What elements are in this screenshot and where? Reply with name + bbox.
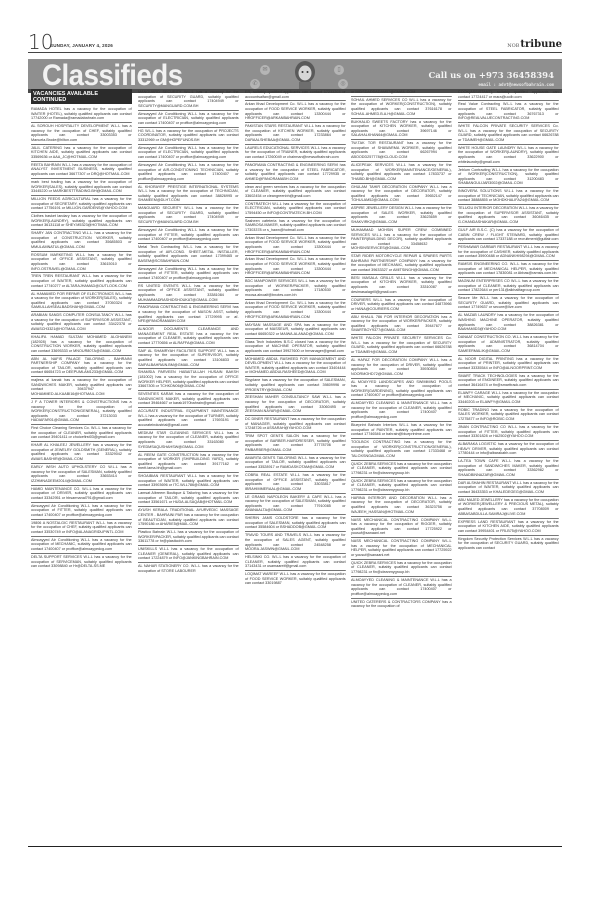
classified-ad: DANAAT CONSTRUCTION CO. W.L.L has a vaca… xyxy=(458,334,559,356)
classified-ad: HARINA INTERIOR AND DECORATION W.L.L has… xyxy=(351,495,452,517)
classified-ad: SHERIN JAMS COLDSTORE has a vacancy for … xyxy=(245,515,346,532)
classified-ad: Jeblum Contracting W.L.L has a vacancy f… xyxy=(458,167,559,189)
classified-ad: Lamsat Albreem Boutique & Tailoring has … xyxy=(138,490,239,507)
classified-ad: Metal Tech Contracting W.L.L has a vacan… xyxy=(138,244,239,266)
ad-list: RAMADA HOTEL has a vacancy for the occup… xyxy=(31,106,132,570)
classified-ad: SOHAIL AHMED SERVICES CO W.L.L has a vac… xyxy=(351,97,452,119)
classified-ad: ALNOOR DOCUMENTS CLEARANCE AND MANAGEMEN… xyxy=(138,326,239,348)
classified-ad: LE GRAND NAPOLEON BAKERY & CAFE W.L.L ha… xyxy=(245,494,346,516)
ad-list: ER, suitably qualified applicants can co… xyxy=(245,89,346,587)
classified-ad: RS UNITED EVENTS W.L.L has a vacancy for… xyxy=(138,283,239,305)
classified-ad: Arkan Ithad Development Co. W.L.L has a … xyxy=(245,235,346,257)
tribune-logo: NOBtribune xyxy=(507,39,562,50)
classified-ad: AL NOOR DIGITAL PRINTING has a vacancy f… xyxy=(458,356,559,373)
advert-email[interactable]: email : advt@newsofbahrain.com xyxy=(478,82,554,87)
classified-ad: EXPRESS LAND RESTAURANT has a vacancy fo… xyxy=(458,519,559,536)
classified-ad: WHITE FALCON PRIVATE SECURITY SERVICES C… xyxy=(458,123,559,145)
classified-ad: HELSINKI CO. W.L.L has a vacancy for the… xyxy=(245,554,346,571)
classified-ad: WHITE HOUSE GATE LAUNDRY W.L.L has a vac… xyxy=(458,145,559,167)
classified-ad: clean and green services has a vacancy f… xyxy=(245,184,346,201)
classified-ad: KHAIR AL KHALEEJ JEWELLERY has a vacancy… xyxy=(31,442,132,464)
classified-ad: BESI MASALA GRILLS W.L.L has a vacancy f… xyxy=(351,275,452,297)
classified-ad: TW.TAK TOR RESTAURANT has a vacancy for … xyxy=(351,140,452,162)
classified-ad: TRAVID TOURS AND TRAVELS W.L.L has a vac… xyxy=(245,532,346,554)
column-1: VACANCIES AVAILABLE CONTINUED RAMADA HOT… xyxy=(28,89,135,847)
column-5: COOK(ASSISTANT), suitably qualified appl… xyxy=(455,89,562,847)
classified-ad: GULF AIR B.S.C. (C) has a vacancy for th… xyxy=(458,227,559,244)
classified-ad: PANORAMA CONTRACTING & ENGINEERING SERVI… xyxy=(138,304,239,326)
classified-ad: Kingdom Security Protection Services W.L… xyxy=(458,536,559,552)
classified-ad: ASPIRE JEWELLERY DESIGN W.L.L has a vaca… xyxy=(351,205,452,227)
classified-ad: Arkan Ithad Development Co. W.L.L has a … xyxy=(245,256,346,278)
classified-ad: ALMOAYYED CLEANING & MAINTENANCE W.L.L h… xyxy=(351,577,452,599)
classified-ad: MUHAMMAD MOHSIN SUPER CREW COMBINED SERV… xyxy=(351,227,452,253)
classified-ad: JINAN CONTRACTING CO W.L.L has a vacancy… xyxy=(458,424,559,441)
classified-ad: AL MAZAB LAUNDRY has a vacancy for the o… xyxy=(458,312,559,334)
classified-ad: DC DINER RESTAURANT has a vacancy for th… xyxy=(245,416,346,433)
classified-ad: COBRA REAL ESTATE W.L.L has a vacancy fo… xyxy=(245,472,346,494)
classified-ad: J F A TOWER INTERIORS & CONSTRUCTIONS ha… xyxy=(31,399,132,425)
classified-ad: CONTRATECH W.L.L has a vacancy for the o… xyxy=(245,201,346,218)
mobile-icon: ▯ xyxy=(334,65,344,75)
column-3: ER, suitably qualified applicants can co… xyxy=(242,89,349,847)
classified-ad: QUICK ZEBRA SERVICES has a vacancy for t… xyxy=(351,461,452,478)
classified-ad: Real Value Contracting W.L.L has a vacan… xyxy=(458,101,559,123)
call-us-phone[interactable]: Call us on +973 36458394 xyxy=(428,71,554,81)
classified-ad: Almoayyed Air Conditioning W.L.L has a v… xyxy=(138,111,239,128)
publication-date: SUNDAY, JANUARY 4, 2026 xyxy=(50,43,113,48)
classified-ad: Arkan Ithad Development Co. W.L.L has a … xyxy=(245,300,346,322)
classified-ad: PANORAMA CONTRACTING & ENGINEERING SERVI… xyxy=(245,162,346,184)
classified-ad: TRIM SPOT GENTS SALON has a vacancy for … xyxy=(245,433,346,455)
classified-ad: ER, suitably qualified applicants can co… xyxy=(245,89,346,101)
ad-list: or MIDSDADDADAM57@GMAIL.COMSOHAIL AHMED … xyxy=(351,89,452,610)
banner-title: Classifieds xyxy=(42,59,183,93)
classified-ad: Almoayyed Air Conditioning W.L.L has a v… xyxy=(31,503,132,520)
classified-ad: ABU MAJED JEWELLERY has a vacancy for th… xyxy=(458,497,559,519)
classifieds-page: 10 SUNDAY, JANUARY 4, 2026 NOBtribune Cl… xyxy=(28,32,562,93)
classified-ad: STAR RIDER MOTORCYCLE REPAIR & SPARES PA… xyxy=(351,253,452,275)
classified-ad: COOK(ASSISTANT), suitably qualified appl… xyxy=(458,89,559,101)
classified-ad: SHARY JAN CONTRACTING W.L.L. has a vacan… xyxy=(31,230,132,252)
classified-ad: TELUGU INTERIOR DECORATION W.L.L has a v… xyxy=(458,205,559,227)
classified-ad: AL MOAYYED LANDSCAPES AND SWIMMING POOLS… xyxy=(351,379,452,401)
classified-ad: AL NAHAR STATIONERY CO. W.L.L has a vaca… xyxy=(138,563,239,574)
classified-ad: Almoayyed Air Conditioning W.L.L has a v… xyxy=(138,162,239,184)
classified-ad: SHOAIBIAN RESTAURANT W.L.L has a vacancy… xyxy=(138,473,239,490)
classifieds-banner: Classifieds ✉ ✆ ▯ ◎ Call us on +973 3645… xyxy=(28,59,562,93)
classified-ad: SHAMSIA PARVEEN HABAITULLAH HUSAIN BAKSH… xyxy=(138,369,239,391)
classified-ad: ZEESHAN MAHER CONSULTANCY SAW W.L.L has … xyxy=(245,394,346,416)
classified-ad: Glass Tech Industries B.S.C closed has a… xyxy=(245,339,346,356)
logo-prefix: NOB xyxy=(507,43,519,49)
classified-ad: SEVENTIES KARAK has a vacancy for the oc… xyxy=(138,391,239,408)
classified-ad: ALMOAYYED CLEANING & MAINTENANCE W.L.L h… xyxy=(351,400,452,422)
classified-ad: GHULAM TAHIR DECORATION COMPANY W.L.L ha… xyxy=(351,184,452,206)
classified-ad: Sasheen cafeteria has a vacancy for the … xyxy=(245,218,346,235)
classified-ad: ABU KHALIL 786 FOR INTERIOR DECORATION h… xyxy=(351,314,452,336)
classified-ad: AL REEM GATE CONSTRUCTION has a vacancy … xyxy=(138,452,239,474)
classified-ad: MAYSAN MASSAGE AND SPA has a vacancy for… xyxy=(245,322,346,339)
classified-ad: ROBIC TRADING has a vacancy for the occu… xyxy=(458,407,559,424)
classified-ad: AL HAMAMED FOR REPAIR OF ELECTRONICS W.L… xyxy=(31,291,132,313)
classified-ad: 19806 A NOSTALGIC RESTAURANT W.L.L has a… xyxy=(31,520,132,537)
classified-ad: AL KHORAYEF PRESTIGE INTERNATIONAL SYSTE… xyxy=(138,184,239,206)
classified-ad: Plastico Bahrain W.L.L has a vacancy for… xyxy=(138,529,239,546)
classified-ad: ALICEPEAK SERVICES W.L.L has a vacancy f… xyxy=(351,162,452,184)
classified-ad: UNISKILLS W.L.L has a vacancy for the oc… xyxy=(138,546,239,563)
logo-text: tribune xyxy=(520,39,562,50)
classified-ad: NASS MECHANICAL CONTRACTING COMPANY W.L.… xyxy=(351,538,452,560)
classified-ad: BDC MANPOWER SERVICES W.L.L has a vacanc… xyxy=(245,278,346,300)
classified-ad: Secure Me W.L.L has a vacancy for the oc… xyxy=(458,295,559,312)
classified-ad: Skyplane has a vacancy for the occupatio… xyxy=(245,377,346,394)
ad-list: MANGUARD SECURITY W.L.L has a vacancy fo… xyxy=(138,89,239,575)
classified-ad: MILLION FEEDS AGRICULTURAL has a vacancy… xyxy=(31,196,132,213)
page-number: 10 xyxy=(28,32,53,52)
classified-ad: LA-TEA TOWN CAFE W.L.L has a vacancy for… xyxy=(458,458,559,480)
classified-ad: ABN AL NAFIS PALACE TAILORING - BAHRAINI… xyxy=(31,356,132,378)
classified-ad: ELAWFY CARAGE W.L.L has a vacancy for th… xyxy=(458,390,559,407)
classified-ad: QUICK ZEBRA SERVICES has a vacancy for t… xyxy=(351,478,452,495)
classified-ad: mark best trading has a vacancy for the … xyxy=(31,179,132,196)
classified-ad: Blueprint Bahrain Interiors W.L.L has a … xyxy=(351,422,452,439)
classified-ad: TREN TREN RESTAURANT W.L.L has a vacancy… xyxy=(31,273,132,290)
classified-ad: Clothes basket landary has a vacancy for… xyxy=(31,213,132,230)
classified-ad: JALIL CATERING has a vacancy for the occ… xyxy=(31,145,132,162)
classified-ad: Almoayyed Air Conditioning W.L.L has a v… xyxy=(138,266,239,283)
classified-ad: AL HAFAZ FOR DECORATION COMPANY W.L.L ha… xyxy=(351,357,452,379)
classified-ad: UNITED CATERERS & CONTRACTORS COMPANY ha… xyxy=(351,599,452,610)
page-header: 10 SUNDAY, JANUARY 4, 2026 NOBtribune xyxy=(28,32,562,53)
classified-ad: INNOVERA SOLUTIONS W.L.L has a vacancy f… xyxy=(458,188,559,205)
classified-columns: VACANCIES AVAILABLE CONTINUED RAMADA HOT… xyxy=(28,89,562,847)
classified-ad: LOQIMAT WAREEF W.L.L has a vacancy for t… xyxy=(245,571,346,587)
classified-ad: EARLY WISH AUTO UPHOLSTERY CO W.L.L has … xyxy=(31,464,132,486)
classified-ad: MANGUARD SECURITY W.L.L has a vacancy fo… xyxy=(138,205,239,227)
classified-ad: KHALIFA HAMAD SULTAN MOHAMED ALGHANEM (1… xyxy=(31,334,132,356)
classified-ad: AYUSH KERALA TRADITIONAL AYURVEDIC MASSA… xyxy=(138,507,239,529)
classified-ad: Arkan Ithad Development Co. W.L.L has a … xyxy=(245,101,346,123)
classified-ad: RAMSIS ENGINEERING CO. W.L.L has a vacan… xyxy=(458,261,559,278)
classified-ad: PESHAWAR DARBAR RESTAURANT W.L.L has a v… xyxy=(458,244,559,261)
classified-ad: First Choice Cleaning Services Co. W.L.L… xyxy=(31,425,132,442)
classified-ad: QUICK ZEBRA SERVICES has a vacancy for t… xyxy=(351,560,452,577)
classified-ad: MEDIUM STAR CLEANING SERVICES W.L.L has … xyxy=(138,430,239,452)
classified-ad: or MIDSDADDADAM57@GMAIL.COM xyxy=(351,89,452,97)
globe-icon: ◎ xyxy=(338,79,348,89)
classified-ad: ALBARAKA LOGISTIC has a vacancy for the … xyxy=(458,441,559,458)
classified-ad: ACCURATE INDUSTRIAL EQUIPMENT MAINTENANC… xyxy=(138,408,239,430)
classified-ad: ARABIAN SANDS COMPUTER CONSULTANCY W.L.L… xyxy=(31,312,132,334)
classified-ad: AL SOROUH HOSPITALITY DEVELOPMENT W.L.L … xyxy=(31,123,132,145)
classified-ad: COURIERS W.L.L has a vacancy for the occ… xyxy=(351,297,452,314)
classified-ad: Almoayyed Air Conditioning W.L.L has a v… xyxy=(138,227,239,244)
phone-icon: ✆ xyxy=(250,79,260,89)
classified-ad: DELTA SUPPORT SERVICES W.L.L has a vacan… xyxy=(31,554,132,570)
classified-ad: Almoayyed Air Conditioning W.L.L has a v… xyxy=(31,537,132,554)
classified-ad: HG W.L.L has a vacancy for the occupatio… xyxy=(138,128,239,145)
classified-ad: BUKHALID SWEETS FACTORY has a vacancy fo… xyxy=(351,119,452,141)
classified-ad: HAMID MAINTENANCE CO. W.L.L has a vacanc… xyxy=(31,486,132,503)
envelope-icon: ✉ xyxy=(260,65,270,75)
classified-ad: MAGNUM ENTERPRISES CO W.L.L has a vacanc… xyxy=(458,278,559,295)
classified-ad: PAKISTAN STARS RESTAURANT W.L.L has a va… xyxy=(245,123,346,145)
classified-ad: ROSSUM MARKETING W.L.L has a vacancy for… xyxy=(31,252,132,274)
classified-ad: SAIF AL SHAMRYAH FACILITIES SUPPORT W.L.… xyxy=(138,348,239,370)
classified-ad: majless al kanak has a vacancy for the o… xyxy=(31,377,132,399)
classified-ad: SMART TRACK TECHNOLOGIES has a vacancy f… xyxy=(458,373,559,390)
classified-ad: AMARITA GENTS TAILORING W.L.L has a vaca… xyxy=(245,455,346,472)
classified-ad: RAMADA HOTEL has a vacancy for the occup… xyxy=(31,106,132,123)
classified-ad: WHITE FALCON PRIVATE SECURITY SERVICES C… xyxy=(351,335,452,357)
column-4: or MIDSDADDADAM57@GMAIL.COMSOHAIL AHMED … xyxy=(348,89,455,847)
ad-list: COOK(ASSISTANT), suitably qualified appl… xyxy=(458,89,559,552)
classified-ad: NASS MECHANICAL CONTRACTING COMPANY W.L.… xyxy=(351,517,452,539)
column-2: MANGUARD SECURITY W.L.L has a vacancy fo… xyxy=(135,89,242,847)
classified-ad: Almoayyed Air Conditioning W.L.L has a v… xyxy=(138,145,239,162)
classified-ad: LAURELS EDUCATIONAL SERVICES W.L.L has a… xyxy=(245,145,346,162)
classified-ad: REETA BAHRAIN W.L.L has a vacancy for th… xyxy=(31,162,132,179)
classified-ad: MANGUARD SECURITY W.L.L has a vacancy fo… xyxy=(138,89,239,111)
classified-ad: TOOLBOX CONTRACTING has a vacancy for th… xyxy=(351,439,452,461)
section-heading: VACANCIES AVAILABLE CONTINUED xyxy=(31,89,132,104)
classified-ad: DAR ALSHAHIN RESTAURANT W.L.L has a vaca… xyxy=(458,480,559,497)
classified-ad: MOHAMED ABDUL RASHEED FOR MANAGEMENT AND… xyxy=(245,356,346,378)
